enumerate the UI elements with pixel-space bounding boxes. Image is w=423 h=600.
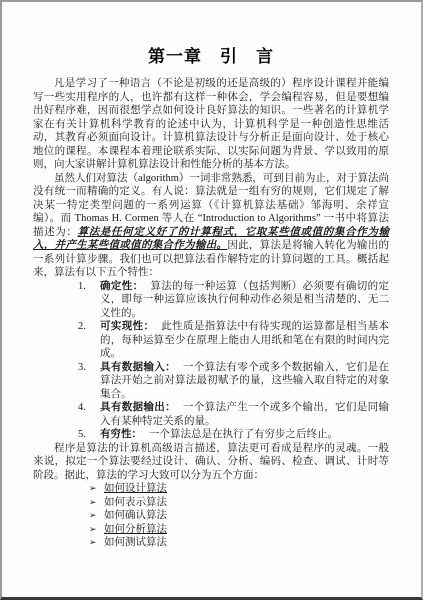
property-item: 3. 具有数据输入：一个算法有零个或多个数据输入，它们是在算法开始之前对算法最初… — [33, 361, 389, 402]
item-number: 1. — [78, 280, 100, 321]
study-aspects-list: ➢ 如何设计算法 ➢ 如何表示算法 ➢ 如何确认算法 ➢ 如何分析算法 ➢ 如何… — [33, 482, 389, 550]
bullet-text-represent-algorithms: 如何表示算法 — [104, 496, 167, 510]
bullet-text-validate-algorithms: 如何确认算法 — [104, 509, 167, 523]
item-text: 算法的每一种运算（包括判断）必须要有确切的定义，即每一种运算应该执行何种动作必须… — [100, 281, 389, 319]
chapter-title: 第一章 引 言 — [33, 42, 389, 67]
item-label: 可实现性： — [100, 321, 154, 332]
properties-list: 1. 确定性：算法的每一种运算（包括判断）必须要有确切的定义，即每一种运算应该执… — [33, 280, 389, 442]
arrow-bullet-icon: ➢ — [89, 509, 104, 523]
item-body: 可实现性：此性质是指算法中有待实现的运算都是相当基本的，每种运算至少在原理上能由… — [100, 320, 389, 361]
item-number: 3. — [78, 361, 100, 402]
paragraph-intro: 凡是学习了一种语言（不论是初级的还是高级的）程序设计课程并能编写一些实用程序的人… — [33, 77, 389, 172]
item-text: 一个算法总是在执行了有穷步之后终止。 — [149, 429, 338, 440]
item-label: 具有数据输入： — [100, 362, 176, 373]
item-number: 5. — [78, 428, 100, 442]
item-label: 确定性： — [100, 281, 143, 292]
bullet-link-design-algorithms[interactable]: 如何设计算法 — [104, 482, 167, 496]
property-item: 4. 具有数据输出：一个算法产生一个或多个输出，它们是同输入有某种特定关系的量。 — [33, 401, 389, 428]
bullet-item: ➢ 如何设计算法 — [33, 482, 389, 496]
item-body: 有穷性：一个算法总是在执行了有穷步之后终止。 — [100, 428, 389, 442]
bullet-link-analyze-algorithms[interactable]: 如何分析算法 — [104, 523, 167, 537]
bullet-item: ➢ 如何测试算法 — [33, 536, 389, 550]
bullet-item: ➢ 如何确认算法 — [33, 509, 389, 523]
item-body: 具有数据输出：一个算法产生一个或多个输出，它们是同输入有某种特定关系的量。 — [100, 401, 389, 428]
item-label: 有穷性： — [100, 429, 142, 440]
arrow-bullet-icon: ➢ — [89, 523, 104, 537]
bullet-item: ➢ 如何表示算法 — [33, 496, 389, 510]
item-number: 4. — [78, 401, 100, 428]
property-item: 5. 有穷性：一个算法总是在执行了有穷步之后终止。 — [33, 428, 389, 442]
arrow-bullet-icon: ➢ — [89, 536, 104, 550]
arrow-bullet-icon: ➢ — [89, 496, 104, 510]
arrow-bullet-icon: ➢ — [89, 482, 104, 496]
item-number: 2. — [78, 320, 100, 361]
item-body: 具有数据输入：一个算法有零个或多个数据输入，它们是在算法开始之前对算法最初赋予的… — [100, 361, 389, 402]
paragraph-definition: 虽然人们对算法（algorithm）一词非常熟悉，可到目前为止，对于算法尚没有统… — [33, 172, 389, 280]
property-item: 2. 可实现性：此性质是指算法中有待实现的运算都是相当基本的，每种运算至少在原理… — [33, 320, 389, 361]
document-page: 第一章 引 言 凡是学习了一种语言（不论是初级的还是高级的）程序设计课程并能编写… — [0, 0, 423, 600]
bullet-item: ➢ 如何分析算法 — [33, 523, 389, 537]
property-item: 1. 确定性：算法的每一种运算（包括判断）必须要有确切的定义，即每一种运算应该执… — [33, 280, 389, 321]
page-content: 第一章 引 言 凡是学习了一种语言（不论是初级的还是高级的）程序设计课程并能编写… — [2, 2, 421, 550]
item-label: 具有数据输出： — [100, 402, 176, 413]
item-body: 确定性：算法的每一种运算（包括判断）必须要有确切的定义，即每一种运算应该执行何种… — [100, 280, 389, 321]
bullet-text-test-algorithms: 如何测试算法 — [104, 536, 167, 550]
paragraph-study: 程序是算法的计算机高级语言描述，算法更可看成是程序的灵魂。一般来说，拟定一个算法… — [33, 442, 389, 483]
